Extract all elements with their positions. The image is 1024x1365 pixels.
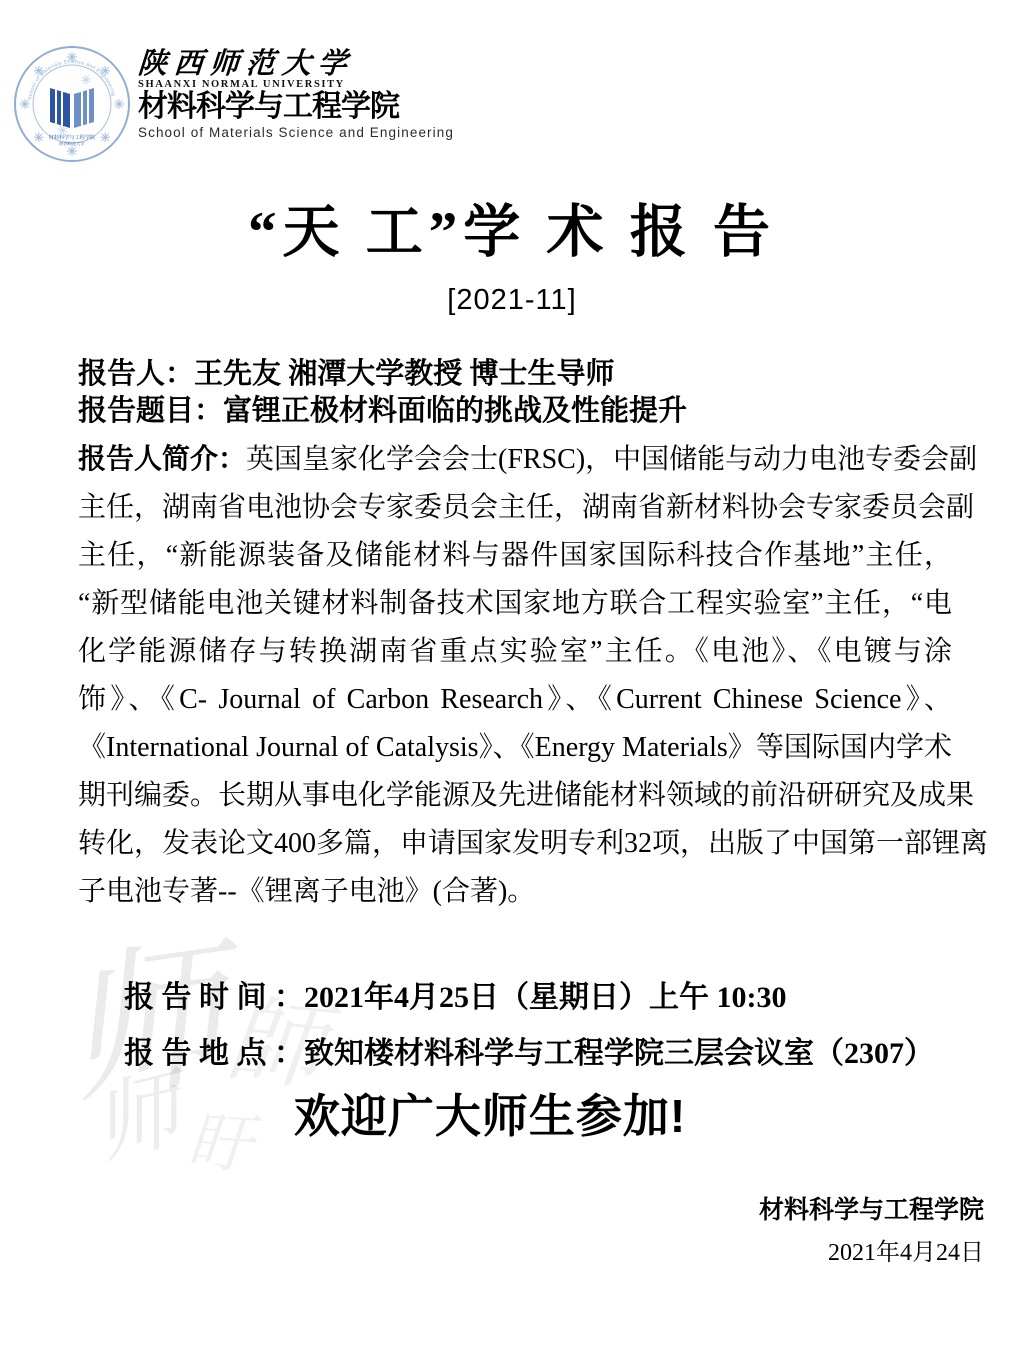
topic-line: 报告题目：富锂正极材料面临的挑战及性能提升: [78, 393, 954, 430]
time-value: 2021年4月25日（星期日）上午 10:30: [304, 981, 787, 1014]
topic-value: 富锂正极材料面临的挑战及性能提升: [223, 395, 687, 427]
bio-line: 主任，湖南省电池协会专家委员会主任，湖南省新材料协会专家委员会副: [78, 484, 952, 532]
seal-school-text: 材料科学与工程学院: [49, 133, 97, 141]
bio-line: 子电池专著--《锂离子电池》(合著)。: [78, 868, 952, 916]
university-name-en: SHAANXI NORMAL UNIVERSITY: [138, 79, 454, 90]
schedule-block: 报 告 时 间 ：2021年4月25日（星期日）上午 10:30 报 告 地 点…: [124, 970, 934, 1082]
speaker-bio: 报告人简介：英国皇家化学会会士(FRSC)，中国储能与动力电池专委会副 主任，湖…: [78, 436, 952, 916]
bio-line: 饰》、《C- Journal of Carbon Research》、《Curr…: [78, 676, 952, 724]
time-line: 报 告 时 间 ：2021年4月25日（星期日）上午 10:30: [124, 970, 934, 1026]
signature-date: 2021年4月24日: [759, 1232, 984, 1274]
speaker-label: 报告人：: [78, 358, 194, 390]
speaker-value: 王先友 湘潭大学教授 博士生导师: [194, 358, 615, 390]
welcome-message: 欢迎广大师生参加!: [0, 1080, 980, 1146]
bio-line: “新型储能电池关键材料制备技术国家地方联合工程实验室”主任，“电: [78, 580, 952, 628]
bio-line: 期刊编委。长期从事电化学能源及先进储能材料领域的前沿研研究及成果: [78, 772, 952, 820]
seal-university-text: 陕西师范大学: [59, 140, 85, 147]
topic-label: 报告题目：: [78, 395, 223, 427]
bio-line: 转化，发表论文400多篇，申请国家发明专利32项，出版了中国第一部锂离: [78, 820, 952, 868]
university-seal-icon: School of Materials Science and Engineer…: [12, 44, 132, 164]
bio-line: 报告人简介：英国皇家化学会会士(FRSC)，中国储能与动力电池专委会副: [78, 436, 952, 484]
place-value: 致知楼材料科学与工程学院三层会议室（2307）: [304, 1037, 934, 1070]
open-book-icon: [50, 88, 94, 129]
time-label: 报 告 时 间 ：: [124, 981, 304, 1014]
title-block: “天 工”学 术 报 告 [2021-11]: [0, 186, 1024, 317]
school-name-en: School of Materials Science and Engineer…: [138, 125, 454, 140]
bio-text: 英国皇家化学会会士(FRSC)，中国储能与动力电池专委会副: [246, 444, 977, 475]
school-name-cn: 材料科学与工程学院: [138, 91, 454, 123]
poster-page: 师 師 师 盱: [0, 0, 1024, 1365]
bio-label: 报告人简介：: [78, 444, 246, 475]
letterhead: School of Materials Science and Engineer…: [12, 44, 454, 164]
bio-line: 《International Journal of Catalysis》、《En…: [78, 724, 952, 772]
bio-line: 主任，“新能源装备及储能材料与器件国家国际科技合作基地”主任，: [78, 532, 952, 580]
signature-block: 材料科学与工程学院 2021年4月24日: [759, 1190, 984, 1274]
university-name-cn: 陕西师范大学: [137, 48, 455, 78]
place-label: 报 告 地 点 ：: [124, 1037, 304, 1070]
speaker-topic-block: 报告人：王先友 湘潭大学教授 博士生导师 报告题目：富锂正极材料面临的挑战及性能…: [78, 356, 954, 430]
lecture-issue-number: [2021-11]: [0, 284, 1024, 317]
bio-line: 化学能源储存与转换湖南省重点实验室”主任。《电池》、《电镀与涂: [78, 628, 952, 676]
speaker-line: 报告人：王先友 湘潭大学教授 博士生导师: [78, 356, 954, 393]
signature-org: 材料科学与工程学院: [759, 1190, 984, 1232]
place-line: 报 告 地 点 ：致知楼材料科学与工程学院三层会议室（2307）: [124, 1026, 934, 1082]
lecture-series-title: “天 工”学 术 报 告: [0, 186, 1024, 268]
